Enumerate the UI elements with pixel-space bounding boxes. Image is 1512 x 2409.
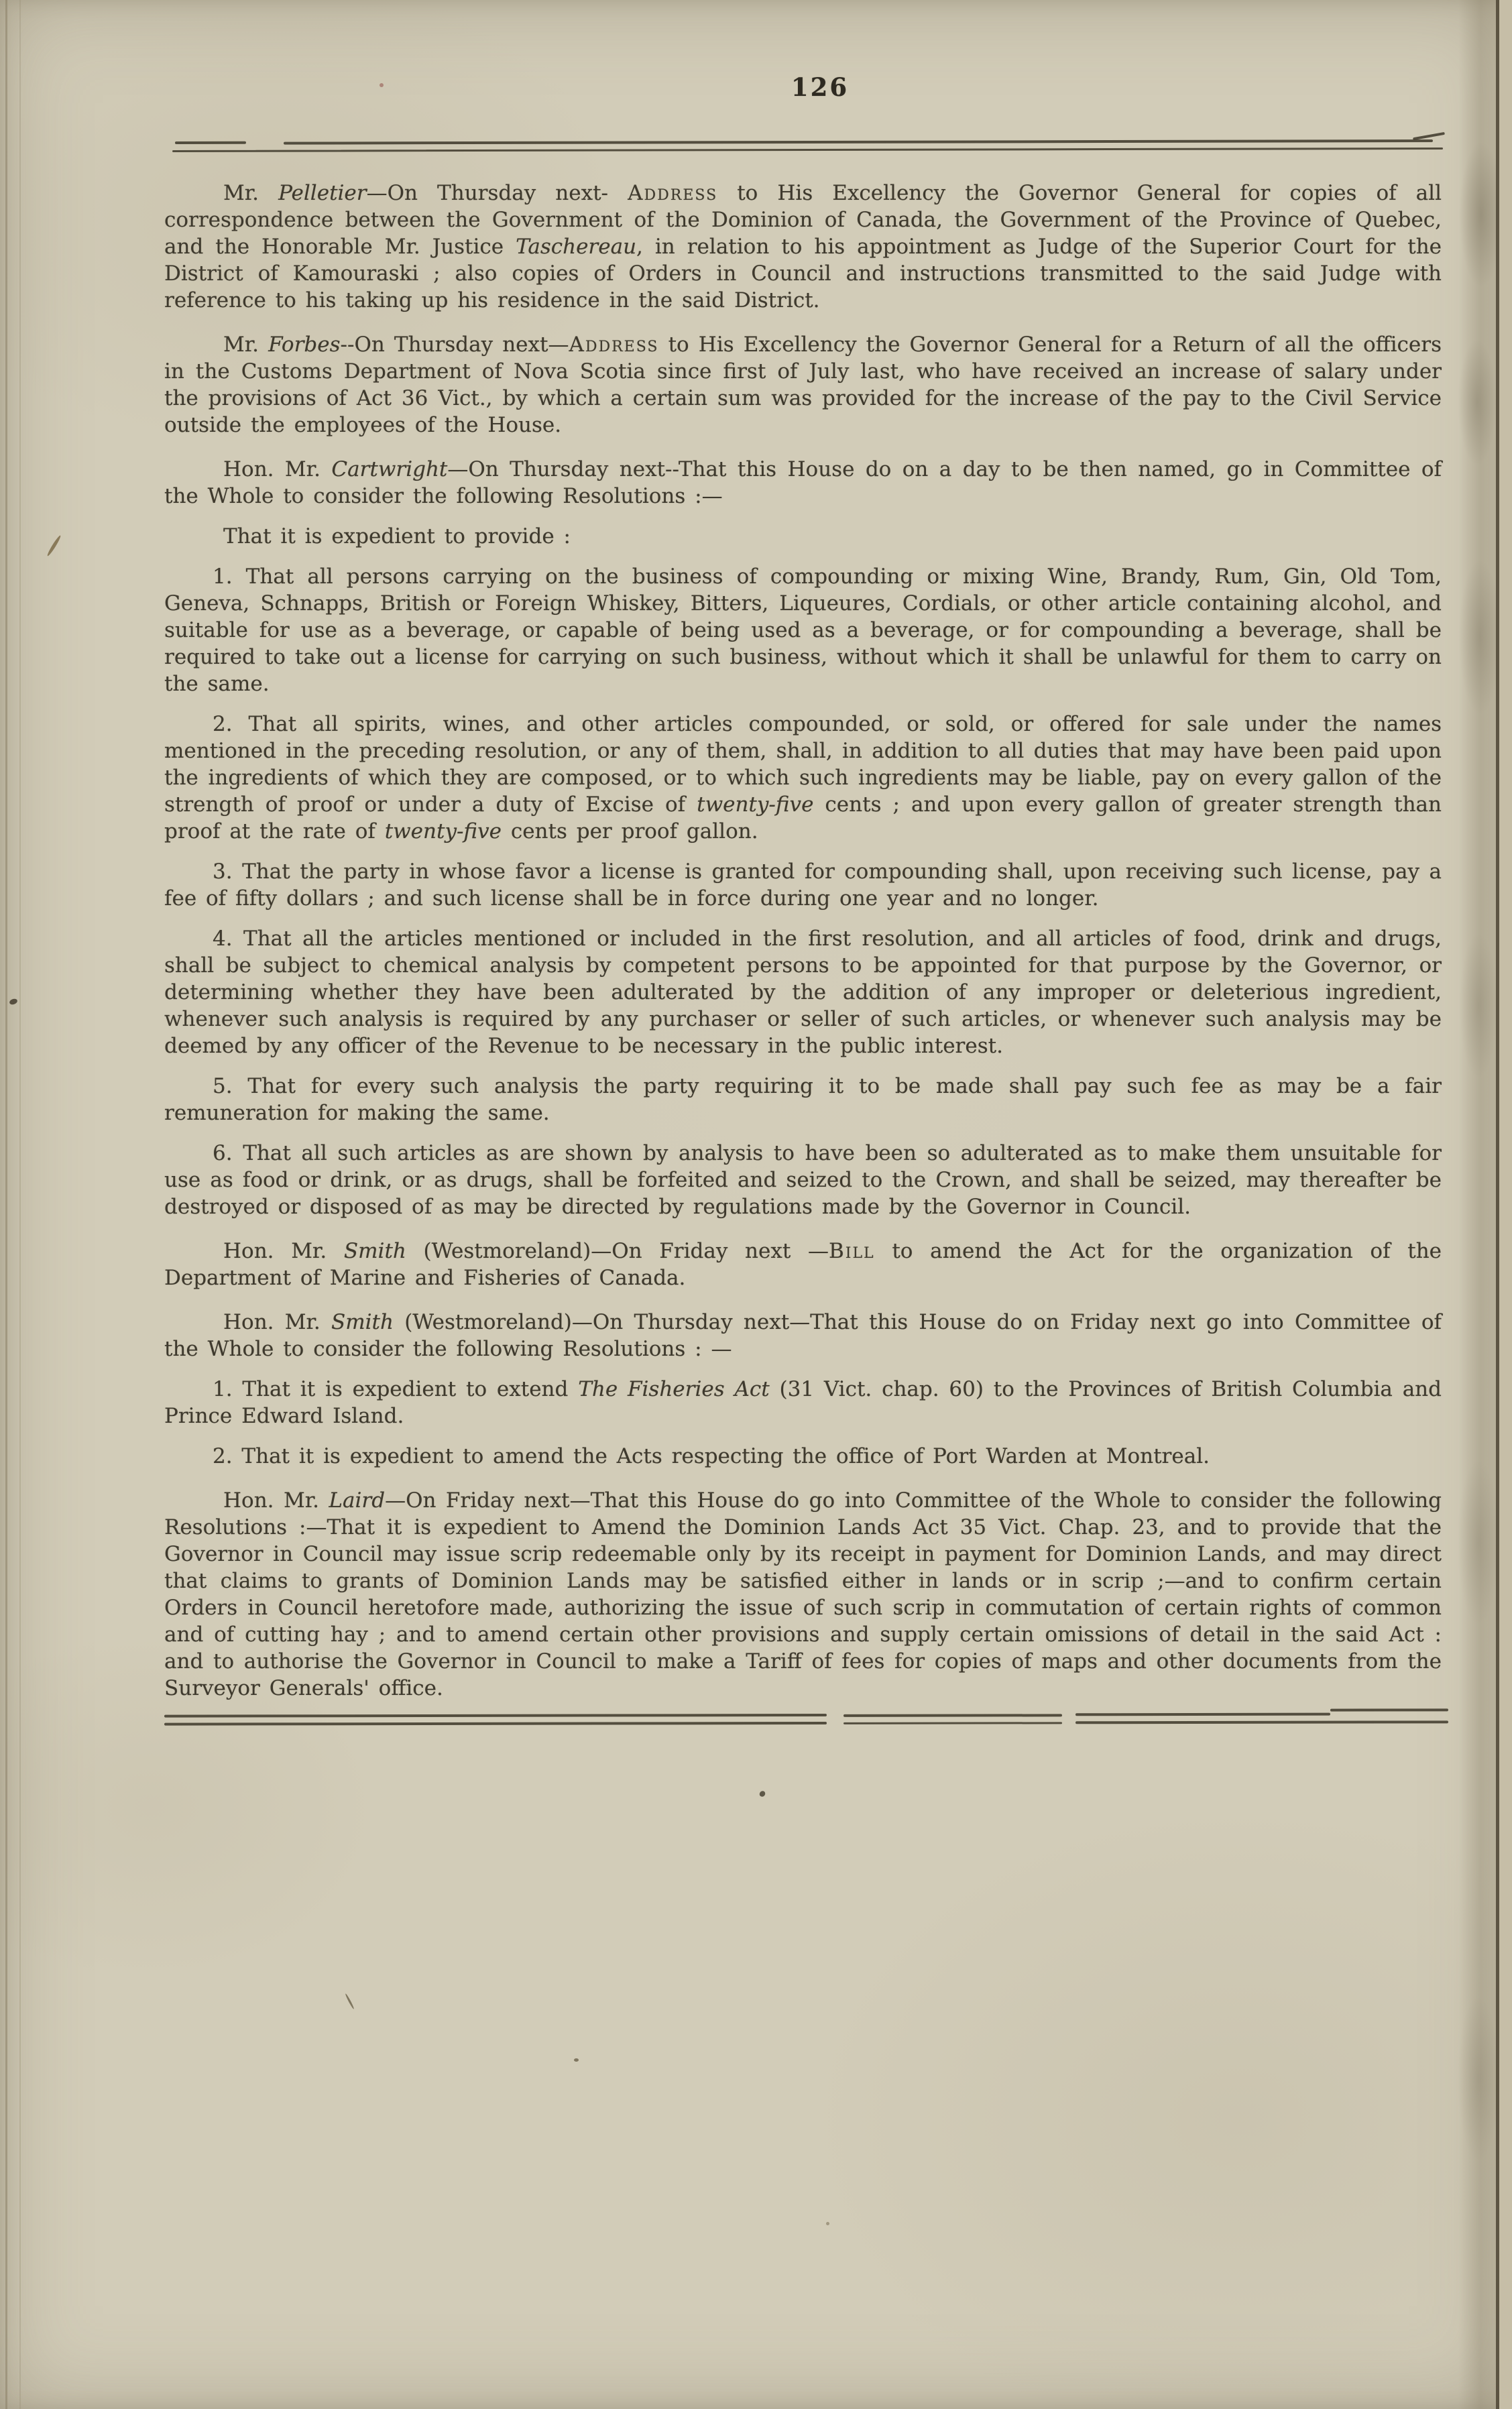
left-page-crease xyxy=(5,0,7,2409)
notice-forbes: Mr. Forbes--On Thursday next—Address to … xyxy=(164,331,1442,438)
ink-dot-mark xyxy=(9,998,18,1006)
resolution-item-1: 1. That all persons carrying on the busi… xyxy=(164,563,1442,697)
resolution-item-4: 4. That all the articles mentioned or in… xyxy=(164,925,1442,1059)
notice-laird: Hon. Mr. Laird—On Friday next—That this … xyxy=(164,1487,1442,1702)
right-gutter-shadow xyxy=(1458,0,1499,2409)
backslash-speck xyxy=(345,1993,355,2009)
dot-speck xyxy=(574,2058,579,2062)
notice-smith-resolutions: Hon. Mr. Smith (Westmoreland)—On Thursda… xyxy=(164,1309,1442,1362)
resolution-item-3: 3. That the party in whose favor a licen… xyxy=(164,858,1442,912)
red-speck xyxy=(380,83,384,87)
right-page-edge-margin xyxy=(1499,0,1512,2409)
faint-dot-speck xyxy=(826,2222,829,2225)
page-number: 126 xyxy=(736,72,904,102)
notice-smith-bill: Hon. Mr. Smith (Westmoreland)—On Friday … xyxy=(164,1238,1442,1291)
star-speck xyxy=(758,1789,766,1798)
notice-pelletier: Mr. Pelletier—On Thursday next- Address … xyxy=(164,180,1442,314)
left-page-crease-faint xyxy=(19,0,21,2409)
top-double-rule xyxy=(164,139,1443,156)
fisheries-item-1: 1. That it is expedient to extend The Fi… xyxy=(164,1376,1442,1429)
resolution-preamble: That it is expedient to provide : xyxy=(164,523,1442,550)
resolution-item-6: 6. That all such articles as are shown b… xyxy=(164,1140,1442,1220)
resolution-item-2: 2. That all spirits, wines, and other ar… xyxy=(164,711,1442,845)
notice-cartwright: Hon. Mr. Cartwright—On Thursday next--Th… xyxy=(164,456,1442,510)
pen-slash-mark xyxy=(46,534,62,556)
fisheries-item-2: 2. That it is expedient to amend the Act… xyxy=(164,1443,1442,1470)
bottom-double-rule xyxy=(164,1712,1448,1729)
resolution-item-5: 5. That for every such analysis the part… xyxy=(164,1073,1442,1126)
text-column: Mr. Pelletier—On Thursday next- Address … xyxy=(164,180,1442,1702)
scanned-journal-page: 126 Mr. Pelletier—On Thursday next- Addr… xyxy=(0,0,1512,2409)
